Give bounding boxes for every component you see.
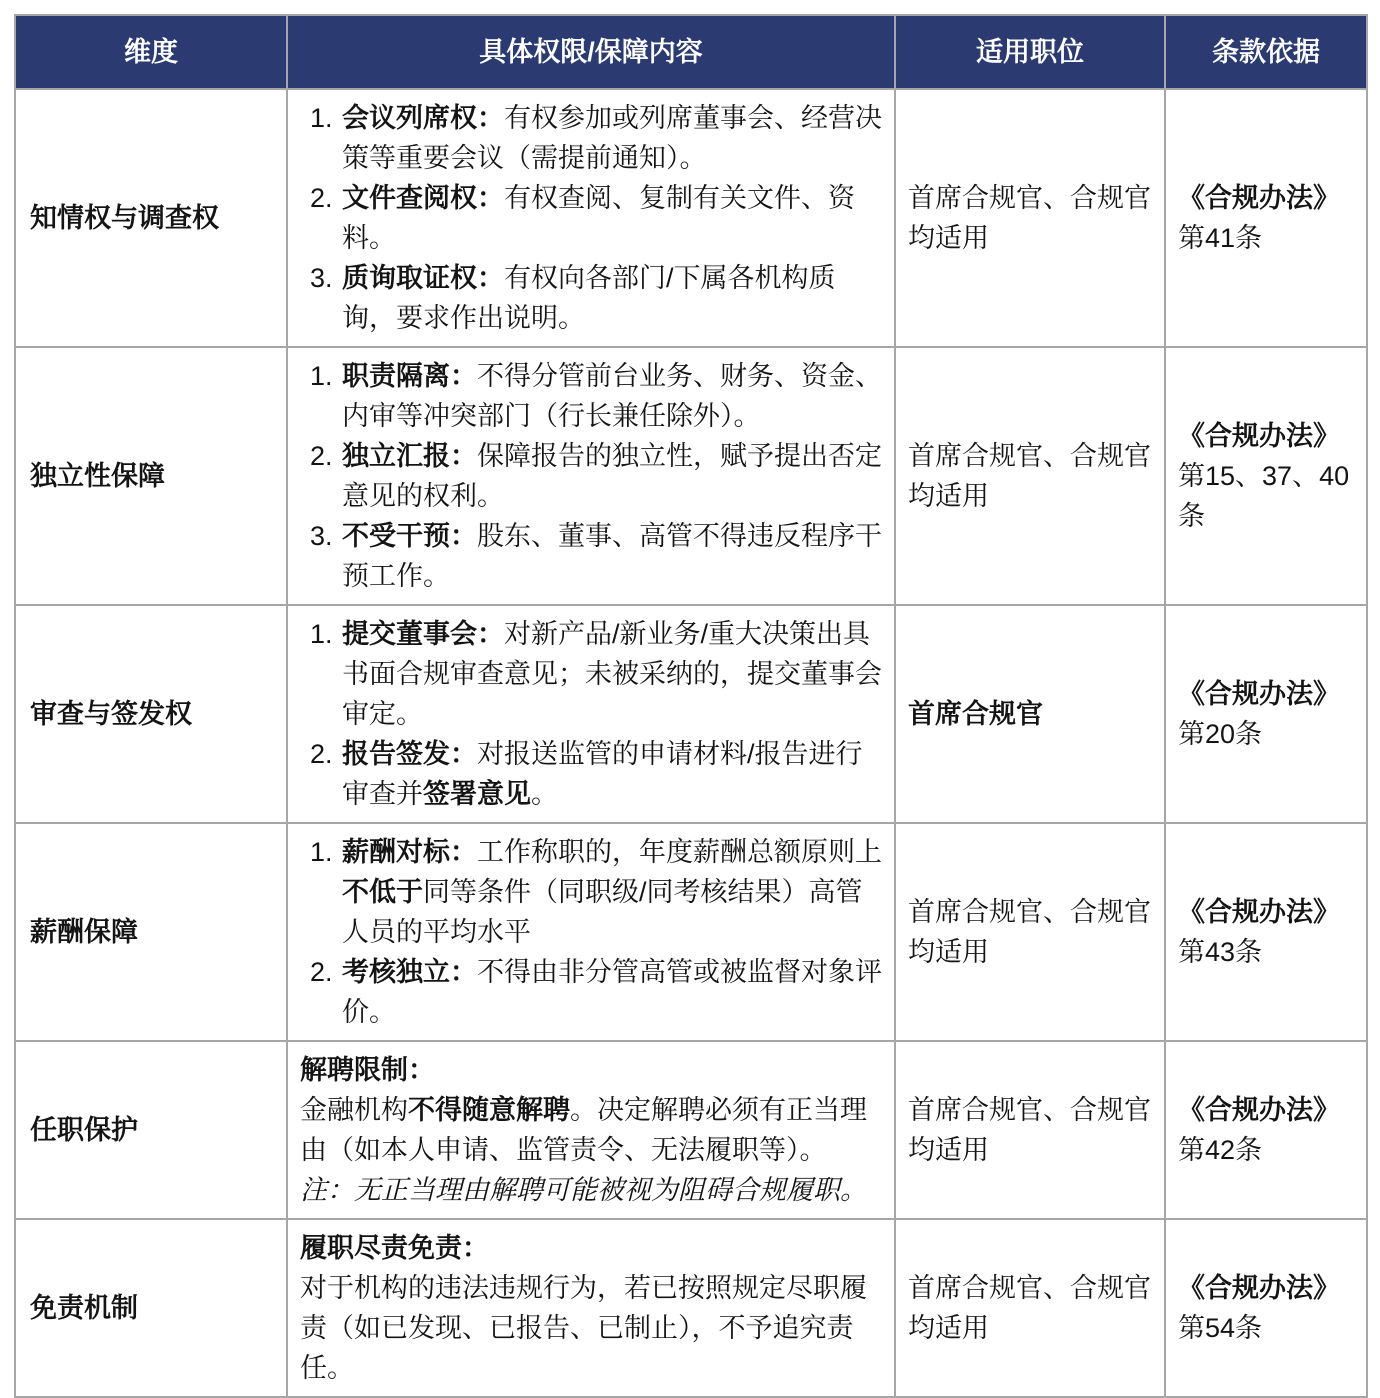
- content-list: 职责隔离：不得分管前台业务、财务、资金、内审等冲突部门（行长兼任除外）。独立汇报…: [300, 356, 882, 596]
- text-segment: 第43条: [1178, 937, 1262, 967]
- text-segment: 不低于: [342, 877, 423, 907]
- content-list-item: 职责隔离：不得分管前台业务、财务、资金、内审等冲突部门（行长兼任除外）。: [340, 356, 882, 436]
- dimension-cell: 审查与签发权: [15, 605, 287, 823]
- content-cell: 薪酬对标：工作称职的，年度薪酬总额原则上不低于同等条件（同职级/同考核结果）高管…: [287, 823, 895, 1041]
- text-segment: 金融机构: [300, 1095, 408, 1125]
- text-segment: 《合规办法》: [1178, 1095, 1340, 1125]
- content-list-item: 不受干预：股东、董事、高管不得违反程序干预工作。: [340, 516, 882, 596]
- text-segment: 《合规办法》: [1178, 679, 1340, 709]
- text-segment: 《合规办法》: [1178, 1273, 1340, 1303]
- table-body: 知情权与调查权会议列席权：有权参加或列席董事会、经营决策等重要会议（需提前通知）…: [15, 89, 1367, 1397]
- text-segment: 第42条: [1178, 1135, 1262, 1165]
- header-row: 维度 具体权限/保障内容 适用职位 条款依据: [15, 15, 1367, 89]
- text-segment: 不得随意解聘: [408, 1095, 570, 1125]
- table-row: 薪酬保障薪酬对标：工作称职的，年度薪酬总额原则上不低于同等条件（同职级/同考核结…: [15, 823, 1367, 1041]
- text-segment: 首席合规官、合规官均适用: [908, 897, 1151, 967]
- content-list-item: 独立汇报：保障报告的独立性，赋予提出否定意见的权利。: [340, 436, 882, 516]
- content-list: 薪酬对标：工作称职的，年度薪酬总额原则上不低于同等条件（同职级/同考核结果）高管…: [300, 832, 882, 1032]
- content-list-item: 提交董事会：对新产品/新业务/重大决策出具书面合规审查意见；未被采纳的，提交董事…: [340, 614, 882, 734]
- content-cell: 职责隔离：不得分管前台业务、财务、资金、内审等冲突部门（行长兼任除外）。独立汇报…: [287, 347, 895, 605]
- position-cell: 首席合规官、合规官均适用: [895, 1219, 1165, 1397]
- dimension-cell: 免责机制: [15, 1219, 287, 1397]
- text-segment: 首席合规官: [908, 699, 1043, 729]
- text-segment: 《合规办法》: [1178, 421, 1340, 451]
- text-segment: 提交董事会：: [342, 619, 504, 649]
- content-cell: 提交董事会：对新产品/新业务/重大决策出具书面合规审查意见；未被采纳的，提交董事…: [287, 605, 895, 823]
- basis-cell: 《合规办法》第42条: [1165, 1041, 1367, 1219]
- text-segment: 。: [531, 779, 558, 809]
- position-cell: 首席合规官、合规官均适用: [895, 89, 1165, 347]
- text-segment: 第20条: [1178, 719, 1262, 749]
- column-header-basis: 条款依据: [1165, 15, 1367, 89]
- position-cell: 首席合规官、合规官均适用: [895, 1041, 1165, 1219]
- text-segment: 独立汇报：: [342, 441, 477, 471]
- table-row: 独立性保障职责隔离：不得分管前台业务、财务、资金、内审等冲突部门（行长兼任除外）…: [15, 347, 1367, 605]
- text-segment: 质询取证权：: [342, 263, 504, 293]
- dimension-cell: 任职保护: [15, 1041, 287, 1219]
- content-paragraph: 金融机构不得随意解聘。决定解聘必须有正当理由（如本人申请、监管责令、无法履职等）…: [300, 1090, 882, 1170]
- content-list: 提交董事会：对新产品/新业务/重大决策出具书面合规审查意见；未被采纳的，提交董事…: [300, 614, 882, 814]
- content-paragraph: 注：无正当理由解聘可能被视为阻碍合规履职。: [300, 1170, 882, 1210]
- column-header-position: 适用职位: [895, 15, 1165, 89]
- text-segment: 签署意见: [423, 779, 531, 809]
- text-segment: 第54条: [1178, 1313, 1262, 1343]
- dimension-cell: 知情权与调查权: [15, 89, 287, 347]
- text-segment: 《合规办法》: [1178, 897, 1340, 927]
- text-segment: 解聘限制：: [300, 1055, 435, 1085]
- text-segment: 履职尽责免责：: [300, 1233, 489, 1263]
- text-segment: 不受干预：: [342, 521, 477, 551]
- text-segment: 第15、37、40条: [1178, 461, 1349, 531]
- content-list-item: 质询取证权：有权向各部门/下属各机构质询，要求作出说明。: [340, 258, 882, 338]
- table-row: 任职保护解聘限制：金融机构不得随意解聘。决定解聘必须有正当理由（如本人申请、监管…: [15, 1041, 1367, 1219]
- table-header: 维度 具体权限/保障内容 适用职位 条款依据: [15, 15, 1367, 89]
- content-paragraph: 对于机构的违法违规行为，若已按照规定尽职履责（如已发现、已报告、已制止），不予追…: [300, 1268, 882, 1388]
- basis-cell: 《合规办法》第20条: [1165, 605, 1367, 823]
- text-segment: 《合规办法》: [1178, 183, 1340, 213]
- table-row: 免责机制履职尽责免责：对于机构的违法违规行为，若已按照规定尽职履责（如已发现、已…: [15, 1219, 1367, 1397]
- content-list: 会议列席权：有权参加或列席董事会、经营决策等重要会议（需提前通知）。文件查阅权：…: [300, 98, 882, 338]
- table-row: 知情权与调查权会议列席权：有权参加或列席董事会、经营决策等重要会议（需提前通知）…: [15, 89, 1367, 347]
- position-cell: 首席合规官、合规官均适用: [895, 347, 1165, 605]
- dimension-cell: 独立性保障: [15, 347, 287, 605]
- text-segment: 首席合规官、合规官均适用: [908, 1273, 1151, 1343]
- text-segment: 首席合规官、合规官均适用: [908, 441, 1151, 511]
- basis-cell: 《合规办法》第54条: [1165, 1219, 1367, 1397]
- text-segment: 首席合规官、合规官均适用: [908, 183, 1151, 253]
- text-segment: 文件查阅权：: [342, 183, 504, 213]
- content-list-item: 文件查阅权：有权查阅、复制有关文件、资料。: [340, 178, 882, 258]
- content-cell: 履职尽责免责：对于机构的违法违规行为，若已按照规定尽职履责（如已发现、已报告、已…: [287, 1219, 895, 1397]
- text-segment: 职责隔离：: [342, 361, 477, 391]
- text-segment: 会议列席权：: [342, 103, 504, 133]
- dimension-cell: 薪酬保障: [15, 823, 287, 1041]
- text-segment: 第41条: [1178, 223, 1262, 253]
- basis-cell: 《合规办法》第43条: [1165, 823, 1367, 1041]
- compliance-rights-table: 维度 具体权限/保障内容 适用职位 条款依据 知情权与调查权会议列席权：有权参加…: [14, 14, 1368, 1398]
- content-cell: 解聘限制：金融机构不得随意解聘。决定解聘必须有正当理由（如本人申请、监管责令、无…: [287, 1041, 895, 1219]
- position-cell: 首席合规官、合规官均适用: [895, 823, 1165, 1041]
- text-segment: 考核独立：: [342, 957, 477, 987]
- content-paragraph: 解聘限制：: [300, 1050, 882, 1090]
- text-segment: 薪酬对标：: [342, 837, 477, 867]
- content-paragraph: 履职尽责免责：: [300, 1228, 882, 1268]
- basis-cell: 《合规办法》第41条: [1165, 89, 1367, 347]
- content-list-item: 考核独立：不得由非分管高管或被监督对象评价。: [340, 952, 882, 1032]
- column-header-dimension: 维度: [15, 15, 287, 89]
- content-list-item: 报告签发：对报送监管的申请材料/报告进行审查并签署意见。: [340, 734, 882, 814]
- text-segment: 工作称职的，年度薪酬总额原则上: [477, 837, 882, 867]
- position-cell: 首席合规官: [895, 605, 1165, 823]
- basis-cell: 《合规办法》第15、37、40条: [1165, 347, 1367, 605]
- text-segment: 对于机构的违法违规行为，若已按照规定尽职履责（如已发现、已报告、已制止），不予追…: [300, 1273, 867, 1383]
- table-row: 审查与签发权提交董事会：对新产品/新业务/重大决策出具书面合规审查意见；未被采纳…: [15, 605, 1367, 823]
- text-segment: 注：无正当理由解聘可能被视为阻碍合规履职。: [300, 1175, 867, 1205]
- content-list-item: 薪酬对标：工作称职的，年度薪酬总额原则上不低于同等条件（同职级/同考核结果）高管…: [340, 832, 882, 952]
- document-page: 维度 具体权限/保障内容 适用职位 条款依据 知情权与调查权会议列席权：有权参加…: [0, 0, 1380, 1362]
- column-header-content: 具体权限/保障内容: [287, 15, 895, 89]
- text-segment: 报告签发：: [342, 739, 477, 769]
- content-cell: 会议列席权：有权参加或列席董事会、经营决策等重要会议（需提前通知）。文件查阅权：…: [287, 89, 895, 347]
- text-segment: 首席合规官、合规官均适用: [908, 1095, 1151, 1165]
- content-list-item: 会议列席权：有权参加或列席董事会、经营决策等重要会议（需提前通知）。: [340, 98, 882, 178]
